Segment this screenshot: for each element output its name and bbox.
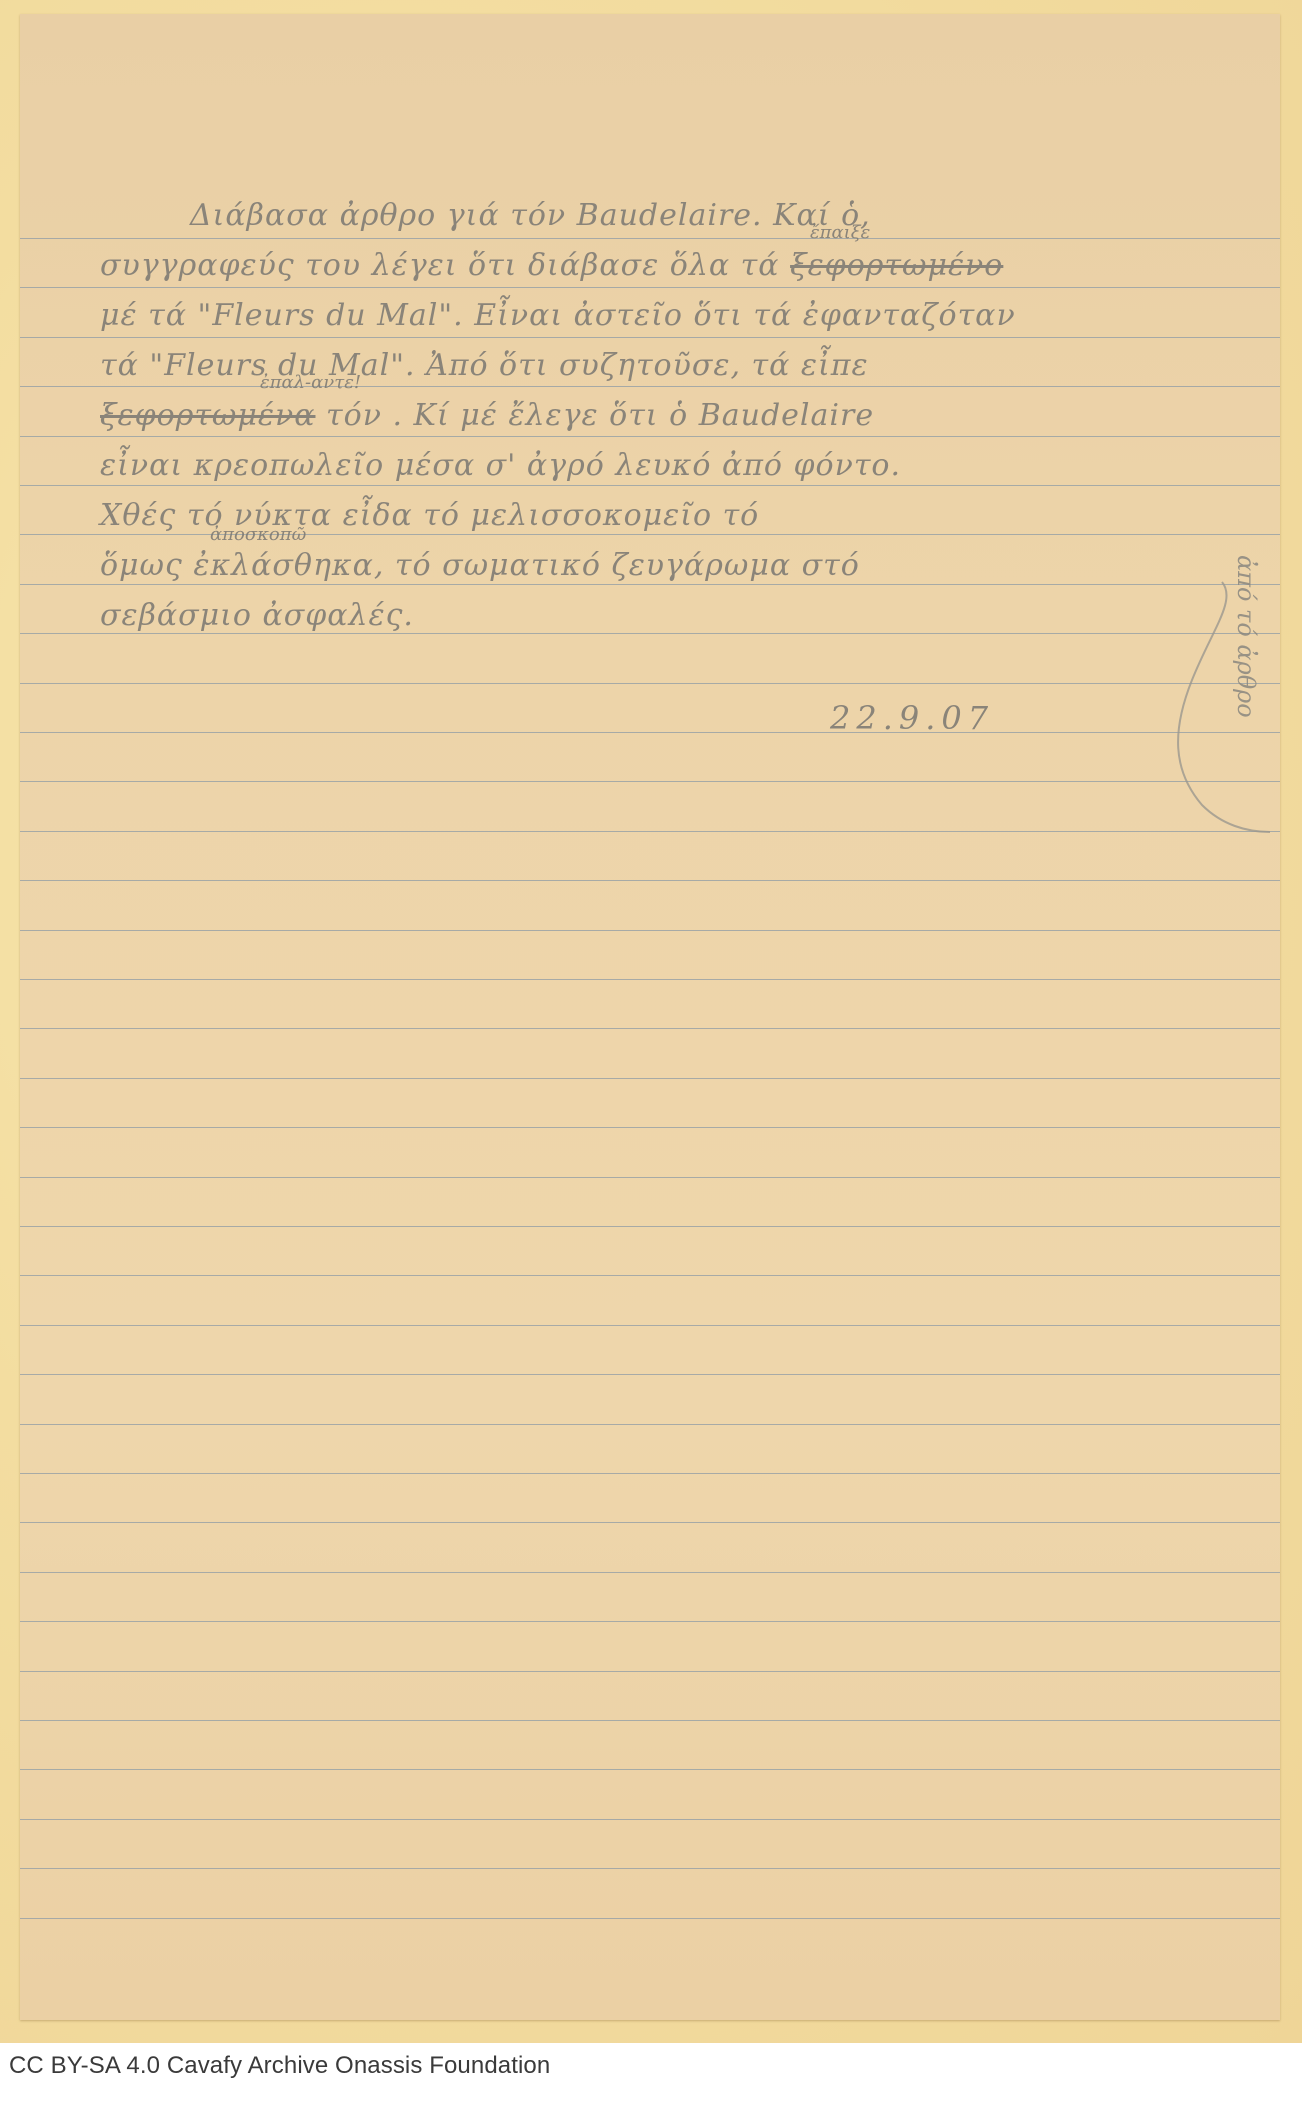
interlinear-correction: ἔπαιξε [810,222,870,243]
ruled-line [20,1720,1280,1721]
ruled-line [20,979,1280,980]
ruled-line [20,1473,1280,1474]
ruled-line [20,534,1280,535]
manuscript-page: Διάβασα ἀρθρο γιά τόν Baudelaire. Καί ὁ,… [20,14,1280,2020]
ruled-line [20,1769,1280,1770]
manuscript-line-7: Χθές τό νύκτα εἶδα τό μελισσοκομεῖο τό [100,498,759,533]
ruled-line [20,930,1280,931]
ruled-line [20,831,1280,832]
struck-word: ξεφορτωμένο [790,248,1003,283]
ruled-line [20,337,1280,338]
ruled-line [20,1621,1280,1622]
manuscript-line-3: μέ τά "Fleurs du Mal". Εἶναι ἀστεῖο ὅτι … [100,298,1016,333]
ruled-line [20,1226,1280,1227]
manuscript-line-2-text: συγγραφεύς του λέγει ὅτι διάβασε ὅλα τά [100,248,780,283]
ruled-line [20,238,1280,239]
manuscript-line-1: Διάβασα ἀρθρο γιά τόν Baudelaire. Καί ὁ, [190,198,871,233]
ruled-line [20,1522,1280,1523]
manuscript-line-5-text: τόν . Κί μέ ἔλεγε ὅτι ὁ Baudelaire [326,398,874,433]
ruled-line [20,683,1280,684]
ruled-line [20,1028,1280,1029]
ruled-line [20,485,1280,486]
manuscript-line-4: τά "Fleurs du Mal". Ἀπό ὅτι συζητοῦσε, τ… [100,348,869,383]
manuscript-line-2: συγγραφεύς του λέγει ὅτι διάβασε ὅλα τά … [100,248,1003,283]
margin-note: ἀπό τό ἀρθρο [1232,555,1260,718]
ruled-line [20,880,1280,881]
manuscript-line-6: εἶναι κρεοπωλεῖο μέσα σ' ἀγρό λευκό ἀπό … [100,448,901,483]
ruled-line [20,1819,1280,1820]
ruled-line [20,1424,1280,1425]
license-credit: CC BY-SA 4.0 Cavafy Archive Onassis Foun… [9,2052,550,2080]
struck-word: ξεφορτωμένα [100,398,315,433]
ruled-line [20,584,1280,585]
interlinear-correction: ἀποσκοπῶ [210,524,306,545]
ruled-line [20,1127,1280,1128]
ruled-line [20,1325,1280,1326]
ruled-line [20,1671,1280,1672]
manuscript-line-5: ξεφορτωμένα τόν . Κί μέ ἔλεγε ὅτι ὁ Baud… [100,398,874,433]
ruled-line [20,1572,1280,1573]
ruled-line [20,732,1280,733]
manuscript-line-8: ὅμως ἐκλάσθηκα, τό σωματικό ζευγάρωμα στ… [100,548,860,583]
ruled-line [20,386,1280,387]
ruled-line [20,1374,1280,1375]
ruled-line [20,633,1280,634]
ruled-line [20,436,1280,437]
ruled-line [20,1918,1280,1919]
ruled-line [20,1868,1280,1869]
manuscript-date: 22.9.07 [830,699,994,737]
manuscript-line-9: σεβάσμιο ἀσφαλές. [100,598,414,633]
ruled-line [20,781,1280,782]
ruled-line [20,1275,1280,1276]
ruled-line [20,287,1280,288]
ruled-line [20,1078,1280,1079]
ruled-line [20,1177,1280,1178]
interlinear-correction: ἐπαλ-αντε! [260,372,361,393]
